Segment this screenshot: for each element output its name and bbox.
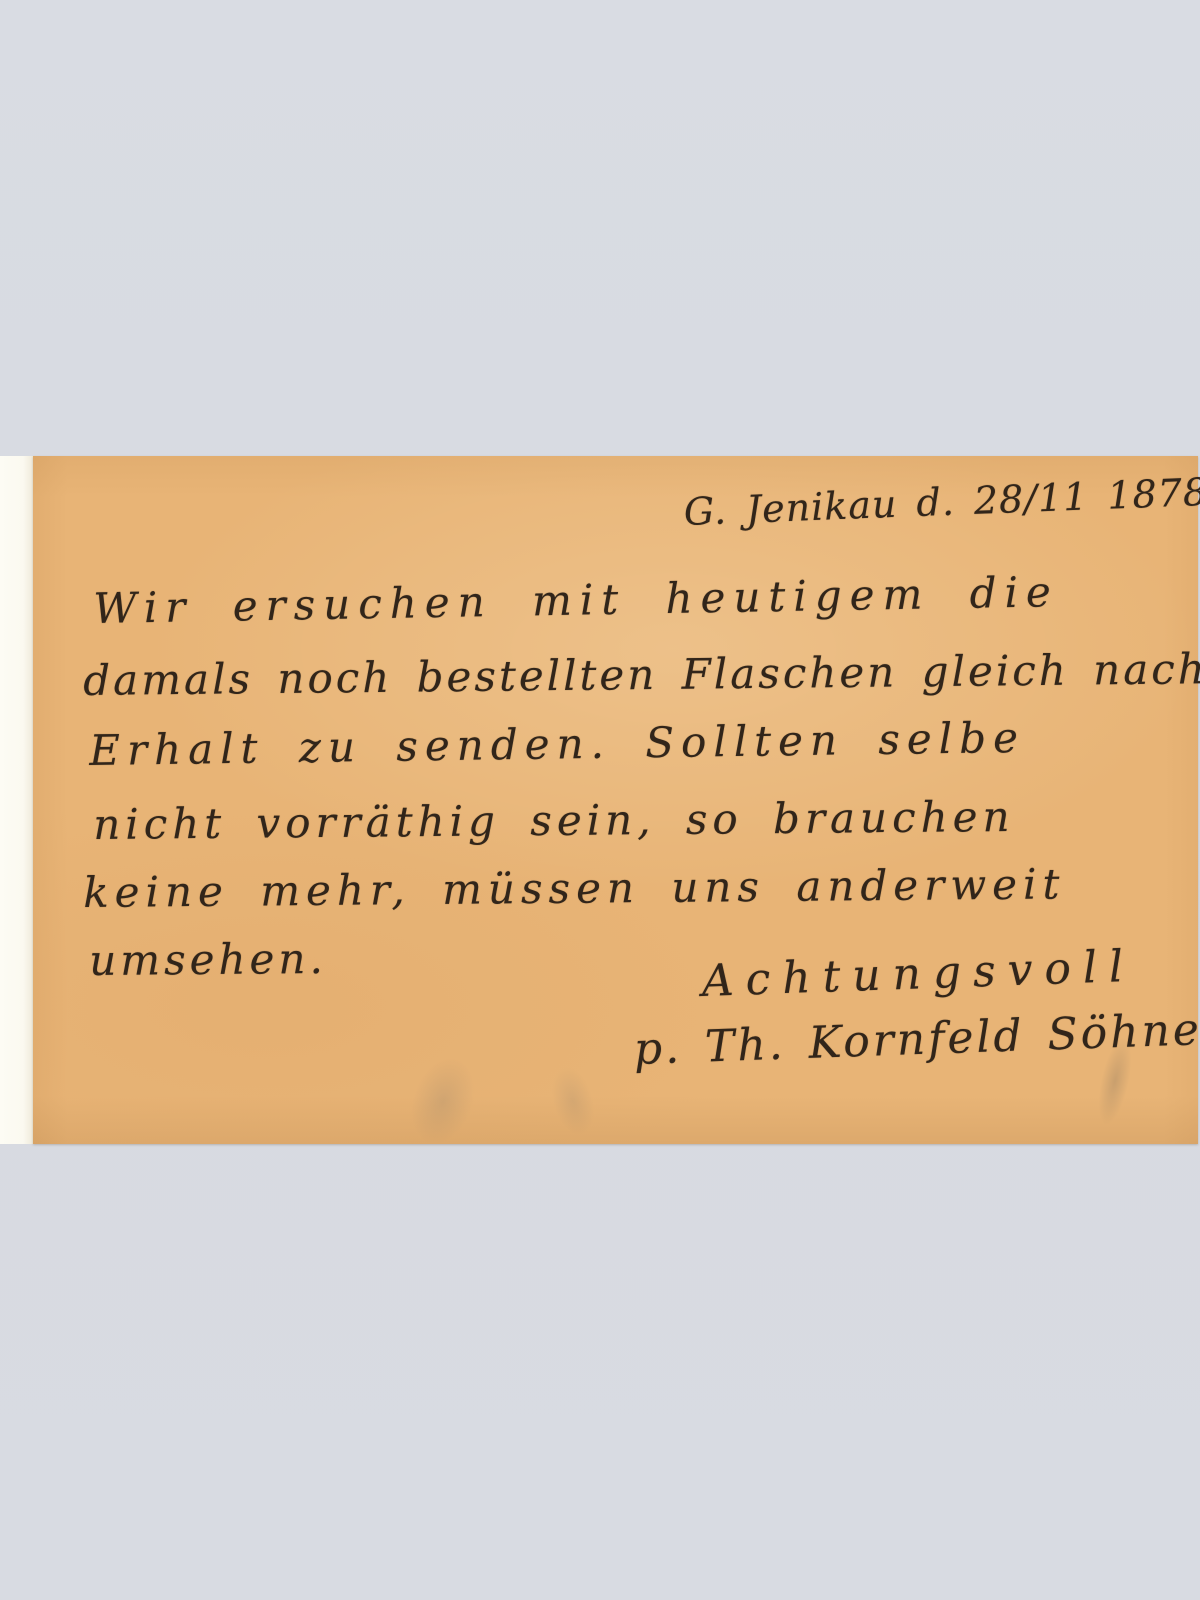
handwritten-body-line: Wir ersuchen mit heutigem die: [93, 567, 1059, 633]
handwritten-signature: p. Th. Kornfeld Söhne: [633, 1004, 1200, 1075]
handwritten-dateline: G. Jenikau d. 28/11 1878: [683, 470, 1200, 534]
handwritten-body-line: umsehen.: [89, 934, 327, 985]
scan-background: G. Jenikau d. 28/11 1878 Wir ersuchen mi…: [0, 0, 1200, 1600]
pencil-smudge: [399, 1048, 486, 1153]
handwritten-closing: Achtungsvoll: [701, 941, 1136, 1007]
postcard: G. Jenikau d. 28/11 1878 Wir ersuchen mi…: [33, 456, 1198, 1144]
handwritten-body-line: keine mehr, müssen uns anderweit: [83, 859, 1066, 917]
pencil-smudge: [545, 1062, 602, 1140]
underlying-page-edge: [0, 456, 33, 1144]
handwritten-body-line: nicht vorräthig sein, so brauchen: [93, 792, 1015, 849]
handwritten-body-line: damals noch bestellten Flaschen gleich n…: [83, 644, 1200, 705]
handwritten-body-line: Erhalt zu senden. Sollten selbe: [89, 713, 1025, 775]
